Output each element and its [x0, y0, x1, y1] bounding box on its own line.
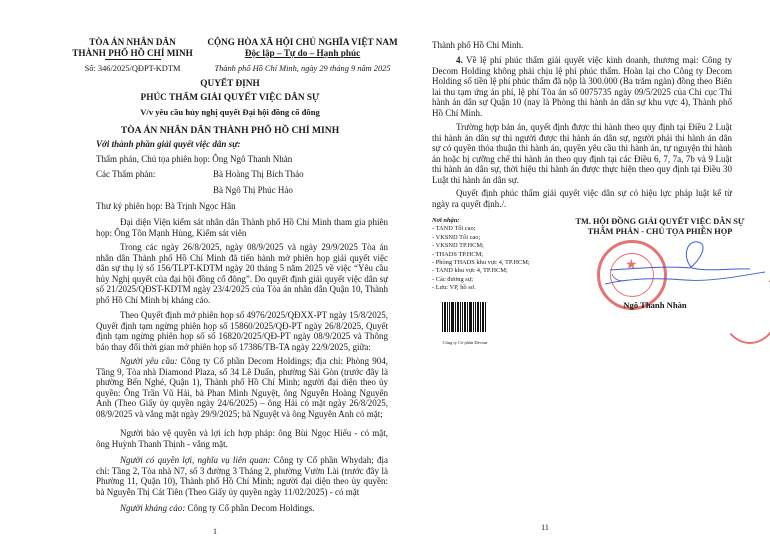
- signer-name: Ngô Thanh Nhàn: [595, 300, 715, 310]
- item-4-label: 4.: [456, 55, 463, 65]
- page-number-left: 1: [60, 527, 370, 536]
- recipient-item: - VKSND Tối cao;: [432, 234, 552, 242]
- signature-title: TM. HỘI ĐỒNG GIẢI QUYẾT VIỆC DÂN SỰ THẨM…: [560, 217, 760, 237]
- judges-label: Các Thẩm phán:: [96, 169, 155, 179]
- hearing-dates-paragraph: Trong các ngày 26/8/2025, ngày 08/9/2025…: [96, 242, 388, 306]
- related-party-paragraph: Người có quyền lợi, nghĩa vụ liên quan: …: [96, 455, 388, 497]
- page-number-right: 11: [520, 523, 570, 532]
- enforcement-paragraph: Trường hợp bản án, quyết định được thi h…: [432, 122, 732, 186]
- barcode: Công ty Cổ phần Decom: [436, 302, 494, 350]
- doc-subject: V/v yêu cầu hủy nghị quyết Đại hội đồng …: [60, 107, 400, 117]
- court-underline: [105, 59, 161, 60]
- barcode-bars: [442, 302, 487, 332]
- appellant-text: Công ty Cổ phần Decom Holdings.: [185, 503, 314, 513]
- appellant-label: Người kháng cáo:: [120, 503, 185, 513]
- barcode-caption: Công ty Cổ phần Decom: [436, 340, 494, 345]
- nation-line1: CỘNG HÒA XÃ HỘI CHỦ NGHĨA VIỆT NAM: [190, 37, 415, 48]
- court-name-line2: THÀNH PHỐ HỒ CHÍ MINH: [70, 48, 195, 59]
- handwritten-signature: [590, 238, 770, 298]
- presiding-judge: Thẩm phán, Chủ tọa phiên họp: Ông Ngô Th…: [96, 154, 292, 164]
- continuation-text: Thành phố Hồ Chí Minh.: [432, 40, 523, 50]
- item-4-paragraph: 4. Về lệ phí phúc thẩm giải quyết việc k…: [432, 55, 732, 119]
- place-date: Thành phố Hồ Chí Minh, ngày 29 tháng 9 n…: [190, 64, 415, 73]
- nation-header: CỘNG HÒA XÃ HỘI CHỦ NGHĨA VIỆT NAM Độc l…: [190, 37, 415, 59]
- recipient-item: - Các đương sự;: [432, 276, 552, 284]
- recipient-item: - Lưu: VP, hồ sơ.: [432, 284, 552, 292]
- doc-title: QUYẾT ĐỊNH: [60, 79, 400, 89]
- composition-heading: Với thành phần giải quyết việc dân sự:: [96, 139, 241, 149]
- issuer: TÒA ÁN NHÂN DÂN THÀNH PHỐ HỒ CHÍ MINH: [60, 125, 400, 136]
- appellant-paragraph: Người kháng cáo: Công ty Cổ phần Decom H…: [96, 503, 388, 514]
- requester-paragraph: Người yêu cầu: Công ty Cổ phần Decom Hol…: [96, 356, 388, 420]
- item-4-text: Về lệ phí phúc thẩm giải quyết việc kinh…: [432, 55, 732, 118]
- prosecutor-paragraph: Đại diện Viện kiểm sát nhân dân Thành ph…: [96, 217, 388, 238]
- judge-2: Bà Ngô Thị Phúc Hảo: [213, 185, 293, 195]
- clerk: Thư ký phiên họp: Bà Trịnh Ngọc Hân: [96, 201, 236, 211]
- requester-label: Người yêu cầu:: [120, 356, 177, 366]
- protector-paragraph: Người bảo vệ quyền và lợi ích hợp pháp: …: [96, 428, 388, 449]
- recipient-item: - THADS TP.HCM;: [432, 251, 552, 259]
- document-page-left: TÒA ÁN NHÂN DÂN THÀNH PHỐ HỒ CHÍ MINH CỘ…: [0, 0, 420, 548]
- recipient-item: - Phòng THADS khu vực 4, TP.HCM;: [432, 259, 552, 267]
- signature-title-line1: TM. HỘI ĐỒNG GIẢI QUYẾT VIỆC DÂN SỰ: [560, 217, 760, 227]
- recipients-block: Nơi nhận: - TAND Tối cao; - VKSND Tối ca…: [432, 217, 552, 293]
- effect-paragraph: Quyết định phúc thẩm giải quyết việc dân…: [432, 188, 732, 209]
- judge-1: Bà Hoàng Thị Bích Thảo: [213, 169, 304, 179]
- doc-subtitle: PHÚC THẨM GIẢI QUYẾT VIỆC DÂN SỰ: [60, 93, 400, 103]
- nation-motto: Độc lập – Tự do – Hạnh phúc: [190, 48, 415, 59]
- court-name-line1: TÒA ÁN NHÂN DÂN: [70, 37, 195, 48]
- decisions-paragraph: Theo Quyết định mở phiên họp số 4976/202…: [96, 310, 388, 352]
- document-page-right: Thành phố Hồ Chí Minh. 4. Về lệ phí phúc…: [420, 0, 770, 548]
- recipient-item: - VKSND TP.HCM;: [432, 242, 552, 250]
- signature-title-line2: THẨM PHÁN - CHỦ TỌA PHIÊN HỌP: [560, 227, 760, 237]
- recipients-heading: Nơi nhận:: [432, 217, 552, 225]
- recipient-item: - TAND khu vực 4, TP.HCM;: [432, 267, 552, 275]
- doc-number: Số: 346/2025/QĐPT-KDTM: [70, 64, 195, 73]
- court-name-header: TÒA ÁN NHÂN DÂN THÀNH PHỐ HỒ CHÍ MINH: [70, 37, 195, 60]
- recipient-item: - TAND Tối cao;: [432, 225, 552, 233]
- related-party-label: Người có quyền lợi, nghĩa vụ liên quan:: [120, 455, 271, 465]
